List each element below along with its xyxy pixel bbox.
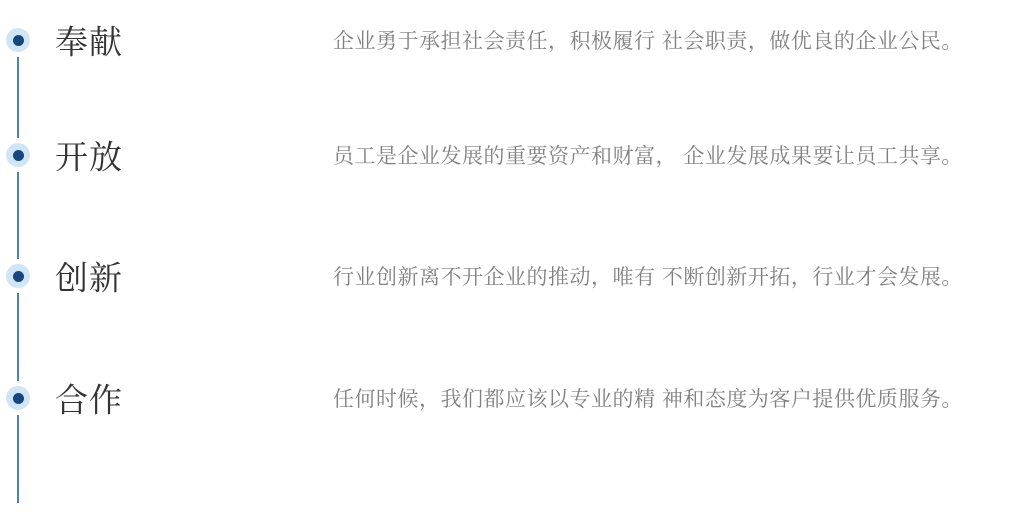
timeline-item-openness: 开放 员工是企业发展的重要资产和财富， 企业发展成果要让员工共享。 [0,125,1022,185]
timeline-item-dedication: 奉献 企业勇于承担社会责任，积极履行 社会职责，做优良的企业公民。 [0,10,1022,70]
bullet-dot-core-icon [13,150,24,161]
bullet-dot-icon [6,264,30,288]
value-title: 创新 [55,253,123,300]
value-description: 企业勇于承担社会责任，积极履行 社会职责，做优良的企业公民。 [333,25,963,55]
value-description: 行业创新离不开企业的推动，唯有 不断创新开拓，行业才会发展。 [333,261,963,291]
timeline-item-innovation: 创新 行业创新离不开企业的推动，唯有 不断创新开拓，行业才会发展。 [0,246,1022,306]
value-title: 合作 [55,375,123,422]
value-title: 开放 [55,132,123,179]
bullet-dot-core-icon [13,393,24,404]
timeline-item-cooperation: 合作 任何时候，我们都应该以专业的精 神和态度为客户提供优质服务。 [0,368,1022,428]
value-description: 任何时候，我们都应该以专业的精 神和态度为客户提供优质服务。 [333,383,963,413]
bullet-dot-icon [6,143,30,167]
bullet-dot-core-icon [13,35,24,46]
values-section: 奉献 企业勇于承担社会责任，积极履行 社会职责，做优良的企业公民。 开放 员工是… [0,0,1022,526]
value-title: 奉献 [55,17,123,64]
bullet-dot-core-icon [13,271,24,282]
bullet-dot-icon [6,28,30,52]
bullet-dot-icon [6,386,30,410]
value-description: 员工是企业发展的重要资产和财富， 企业发展成果要让员工共享。 [333,140,963,170]
